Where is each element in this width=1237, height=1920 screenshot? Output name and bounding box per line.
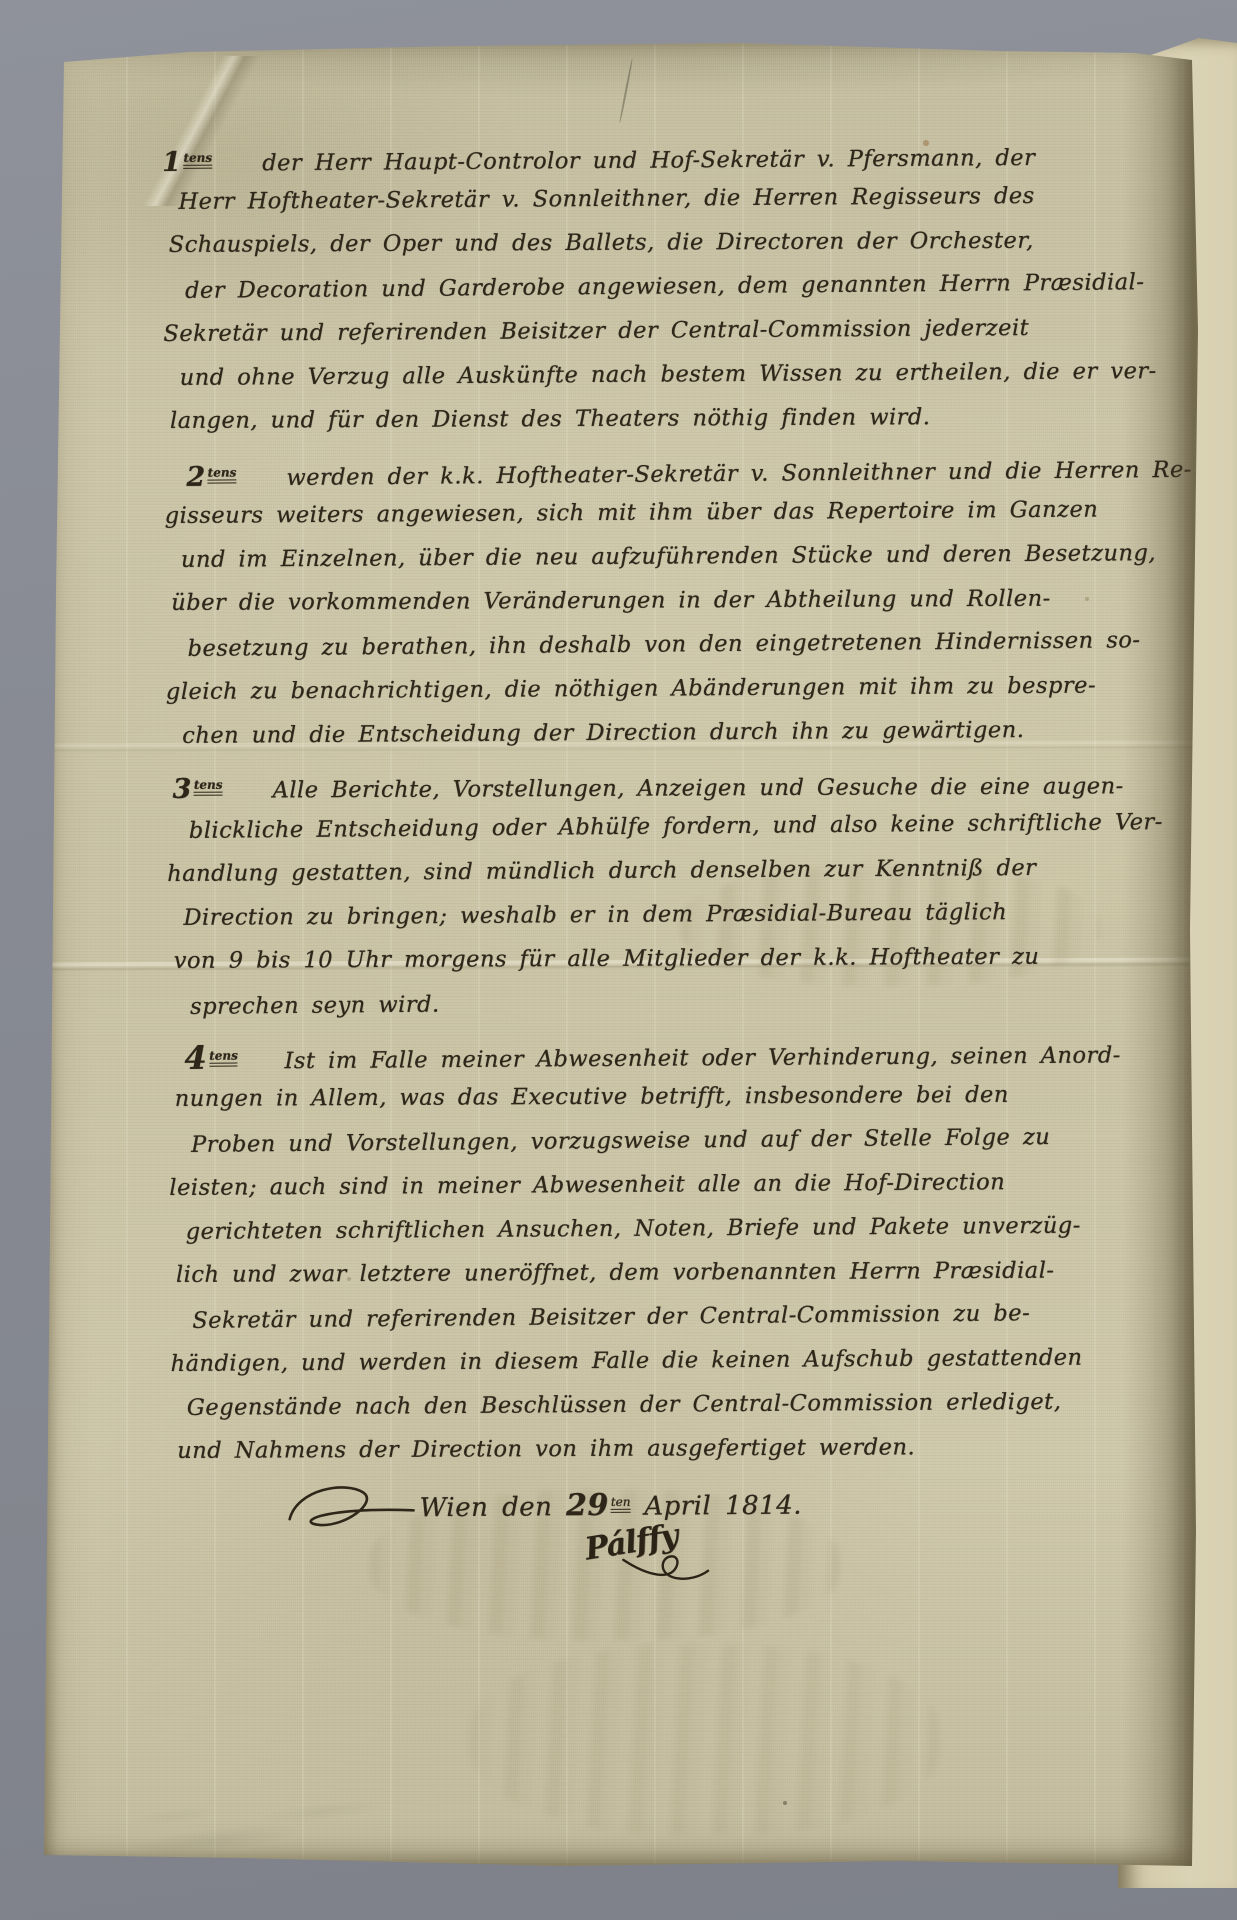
manuscript-line: nungen in Allem, was das Executive betri… xyxy=(175,1072,1169,1121)
manuscript-line: handlung gestatten, sind mündlich durch … xyxy=(167,845,1167,896)
letter-item-2: 2tenswerden der k.k. Hoftheater-Sekretär… xyxy=(164,443,1166,758)
manuscript-line: 2tenswerden der k.k. Hoftheater-Sekretär… xyxy=(186,442,1164,495)
line-text: chen und die Entscheidung der Direction … xyxy=(182,717,1024,749)
manuscript-line: besetzung zu berathen, ihn deshalb von d… xyxy=(187,618,1165,671)
line-text: von 9 bis 10 Uhr morgens für alle Mitgli… xyxy=(174,944,1040,974)
item-number-marker: 1tens xyxy=(162,135,236,186)
manuscript-line: 1tensder Herr Haupt-Controlor und Hof-Se… xyxy=(162,129,1162,180)
dateline-day-suffix: ten xyxy=(611,1495,631,1513)
line-text: werden der k.k. Hoftheater-Sekretär v. S… xyxy=(286,457,1192,491)
line-text: besetzung zu berathen, ihn deshalb von d… xyxy=(187,627,1140,662)
line-text: Ist im Falle meiner Abwesenheit oder Ver… xyxy=(284,1042,1121,1074)
line-text: händigen, und werden in diesem Falle die… xyxy=(170,1345,1082,1377)
line-text: gisseurs weiters angewiesen, sich mit ih… xyxy=(165,496,1099,529)
line-text: der Decoration und Garderobe angewiesen,… xyxy=(185,269,1145,304)
manuscript-line: 3tensAlle Berichte, Vorstellungen, Anzei… xyxy=(172,758,1166,807)
manuscript-line: Sekretär und referirenden Beisitzer der … xyxy=(192,1290,1170,1343)
manuscript-line: gerichteten schriftlichen Ansuchen, Note… xyxy=(185,1203,1169,1254)
dateline-day: 29 xyxy=(566,1488,609,1523)
manuscript-line: der Decoration und Garderobe angewiesen,… xyxy=(185,260,1163,313)
manuscript-line: chen und die Entscheidung der Direction … xyxy=(182,707,1166,758)
letter-item-3: 3tensAlle Berichte, Vorstellungen, Anzei… xyxy=(166,757,1168,1028)
line-text: Direction zu bringen; weshalb er in dem … xyxy=(183,899,1007,931)
manuscript-line: und Nahmens der Direction von ihm ausgef… xyxy=(177,1424,1171,1473)
line-text: Sekretär und referirenden Beisitzer der … xyxy=(192,1300,1030,1334)
item-number-marker: 2tens xyxy=(186,450,260,501)
line-text: langen, und für den Dienst des Theaters … xyxy=(170,404,931,434)
line-text: Sekretär und referirenden Beisitzer der … xyxy=(163,315,1029,347)
line-text: Proben und Vorstellungen, vorzugsweise u… xyxy=(191,1124,1050,1158)
manuscript-line: über die vorkommenden Veränderungen in d… xyxy=(171,576,1165,625)
manuscript-line: blickliche Entscheidung oder Abhülfe for… xyxy=(189,800,1167,853)
letter-item-1: 1tensder Herr Haupt-Controlor und Hof-Se… xyxy=(162,129,1164,444)
line-text: gerichteten schriftlichen Ansuchen, Note… xyxy=(186,1213,1081,1245)
line-text: über die vorkommenden Veränderungen in d… xyxy=(171,586,1051,616)
line-text: nungen in Allem, was das Executive betri… xyxy=(175,1082,1009,1112)
line-text: und ohne Verzug alle Auskünfte nach best… xyxy=(180,358,1157,391)
line-text: sprechen seyn wird. xyxy=(190,992,440,1020)
pen-flourish-icon xyxy=(283,1478,415,1531)
paper-fiber xyxy=(619,58,634,123)
pencil-smudge xyxy=(113,1755,453,1899)
manuscript-line: gleich zu benachrichtigen, die nöthigen … xyxy=(166,663,1166,714)
manuscript-line: langen, und für den Dienst des Theaters … xyxy=(170,394,1164,443)
manuscript-line: Gegenstände nach den Beschlüssen der Cen… xyxy=(187,1379,1171,1430)
letter-item-4: 4tensIst im Falle meiner Abwesenheit ode… xyxy=(168,1027,1171,1474)
manuscript-line: leisten; auch sind in meiner Abwesenheit… xyxy=(169,1159,1169,1210)
line-text: lich und zwar letztere uneröffnet, dem v… xyxy=(176,1258,1055,1288)
manuscript-line: Schauspiels, der Oper und des Ballets, d… xyxy=(169,218,1163,267)
manuscript-line: von 9 bis 10 Uhr morgens für alle Mitgli… xyxy=(174,934,1168,983)
manuscript-line: Sekretär und referirenden Beisitzer der … xyxy=(163,305,1163,356)
manuscript-line: gisseurs weiters angewiesen, sich mit ih… xyxy=(164,487,1164,538)
manuscript-line: Herr Hoftheater-Sekretär v. Sonnleithner… xyxy=(178,173,1162,224)
manuscript-line: händigen, und werden in diesem Falle die… xyxy=(170,1335,1170,1386)
fox-spots xyxy=(40,30,42,32)
line-text: blickliche Entscheidung oder Abhülfe for… xyxy=(189,809,1163,844)
line-text: Schauspiels, der Oper und des Ballets, d… xyxy=(169,228,1034,258)
line-text: Herr Hoftheater-Sekretär v. Sonnleithner… xyxy=(178,183,1034,215)
line-text: und im Einzelnen, über die neu aufzuführ… xyxy=(181,540,1156,573)
letter-body: 1tensder Herr Haupt-Controlor und Hof-Se… xyxy=(162,129,1172,1532)
line-text: leisten; auch sind in meiner Abwesenheit… xyxy=(169,1169,1005,1201)
item-number-marker: 3tens xyxy=(172,763,246,813)
manuscript-line: und ohne Verzug alle Auskünfte nach best… xyxy=(180,349,1164,400)
manuscript-line: lich und zwar letztere uneröffnet, dem v… xyxy=(176,1248,1170,1297)
dateline-place: Wien den xyxy=(419,1492,552,1523)
manuscript-line: sprechen seyn wird. xyxy=(190,976,1168,1029)
manuscript-page: 1tensder Herr Haupt-Controlor und Hof-Se… xyxy=(40,30,1200,1870)
line-text: handlung gestatten, sind mündlich durch … xyxy=(167,855,1036,887)
line-text: gleich zu benachrichtigen, die nöthigen … xyxy=(166,672,1096,704)
manuscript-line: und im Einzelnen, über die neu aufzuführ… xyxy=(181,531,1165,582)
line-text: Gegenstände nach den Beschlüssen der Cen… xyxy=(187,1389,1062,1421)
line-text: der Herr Haupt-Controlor und Hof-Sekretä… xyxy=(262,145,1035,176)
line-text: und Nahmens der Direction von ihm ausgef… xyxy=(177,1434,915,1464)
manuscript-line: Direction zu bringen; weshalb er in dem … xyxy=(183,889,1167,940)
line-text: Alle Berichte, Vorstellungen, Anzeigen u… xyxy=(272,773,1123,803)
manuscript-line: 4tensIst im Falle meiner Abwesenheit ode… xyxy=(184,1027,1168,1078)
ink-bleedthrough xyxy=(470,1645,940,1835)
manuscript-line: Proben und Vorstellungen, vorzugsweise u… xyxy=(191,1114,1169,1167)
